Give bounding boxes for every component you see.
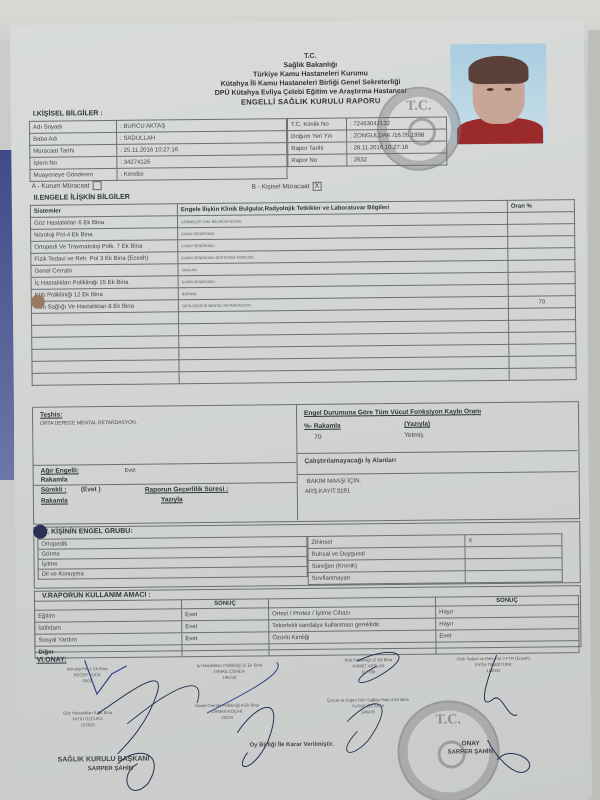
table-row: Rapor No: 2632 (288, 153, 447, 167)
punch-hole-bottom (33, 525, 47, 539)
rate-cell (508, 260, 575, 273)
group-unclassified: Sınıflanmayan (308, 571, 465, 585)
rate-cell (508, 224, 575, 237)
label-name: Adı Soyadı (29, 120, 116, 133)
value-birth: : ZONGULDAK /16.05.1998 (347, 129, 447, 142)
application-a-checkbox[interactable] (92, 181, 101, 190)
application-a-label: A - Kurum Müracaat (32, 182, 90, 190)
written-value: Yetmiş (404, 432, 423, 439)
patient-photo (450, 43, 547, 144)
personal-section-title: I.KİŞİSEL BİLGİLER : (33, 110, 103, 118)
table-row: Dil ve Konuşma (38, 566, 307, 579)
severe-disabled-label: Ağır Engelli: (41, 467, 79, 474)
table-row: Sınıflanmayan (308, 570, 562, 585)
group-emotional-mark (465, 546, 562, 559)
label-transaction-no: İşlem No (30, 156, 117, 169)
rate-cell (509, 320, 576, 333)
label-report-no: Rapor No (288, 154, 347, 167)
system-cell (32, 372, 179, 386)
group-mental-mark: X (465, 534, 562, 547)
validity-written-label: Yazıyla (161, 496, 183, 503)
rate-cell (507, 212, 574, 225)
value-tc-id: : 72463042132 (346, 117, 446, 130)
validity-label: Raporun Geçerlilik Süresi : (145, 486, 229, 494)
personal-info-right-table: T.C. Kimlik No: 72463042132 Doğum Yeri Y… (287, 116, 448, 167)
value-report-no: : 2632 (347, 153, 447, 166)
usage-social-aid-result: Evet (182, 632, 269, 645)
label-father: Baba Adı (30, 132, 117, 145)
rate-cell (509, 332, 576, 345)
report-paper: T.C. Sağlık Bakanlığı Türkiye Kamu Hasta… (10, 19, 592, 800)
notes-line2: ARŞ.KAYIT:3191 (305, 488, 350, 494)
rate-cell: 70 (508, 296, 575, 309)
rate-cell (508, 236, 575, 249)
permanent-label: Sürekli : (41, 486, 67, 493)
value-report-date: : 28.11.2016 10:27:16 (347, 141, 447, 154)
application-b-label: B - Kişisel Müracaat (252, 183, 310, 191)
usage-section-title: V.RAPORUN KULLANIM AMACI : (42, 592, 151, 600)
signature-scribbles (57, 649, 579, 800)
photo-eye-right (505, 88, 512, 91)
label-report-date: Rapor Tarihi (288, 142, 347, 155)
usage-employment-result: Evet (182, 620, 269, 633)
disability-group-left-table: Ortopedik Görme İşitme Dil ve Konuşma (37, 536, 307, 580)
diagnosis-label: Teşhis: (40, 411, 62, 418)
table-row: Muayeneye Gönderen: Kendisi (30, 167, 287, 182)
rate-cell (509, 344, 576, 357)
rate-cell (508, 272, 575, 285)
written-label: (Yazıyla) (404, 421, 430, 428)
rate-cell (509, 356, 576, 369)
group-speech: Dil ve Konuşma (38, 566, 307, 579)
value-referred-by: : Kendisi (117, 167, 287, 181)
group-chronic-mark (465, 558, 562, 571)
validity-numeric-label: Rakamla (41, 497, 68, 504)
percent-value: 70 (314, 434, 321, 441)
personal-info-left-table: Adı Soyadı: BURCU AKTAŞ Baba Adı: SADULL… (29, 118, 288, 182)
rate-cell (509, 368, 576, 381)
rate-cell (508, 308, 575, 321)
application-type-b: B - Kişisel MüracaatX (252, 182, 322, 192)
application-type-a: A - Kurum Müracaat (32, 181, 102, 191)
disability-group-title: IV. KİŞİNİN ENGEL GRUBU: (41, 528, 132, 536)
unworkable-areas-label: Çalıştırılamayacağı İş Alanları (304, 457, 396, 465)
rate-cell (508, 284, 575, 297)
group-unclassified-mark (465, 570, 562, 583)
diagnosis-value: ORTA DERECE MENTAL RETARDASYON. (40, 420, 137, 427)
usage-education-result: Evet (182, 608, 269, 621)
photo-eye-left (487, 88, 494, 91)
photo-hair (468, 56, 528, 85)
percent-label: %- Rakamla (304, 423, 341, 430)
severe-numeric-label: Rakamla (41, 476, 68, 483)
rate-cell (508, 248, 575, 261)
label-birth: Doğum Yeri Yılı (288, 130, 347, 143)
disability-info-table: Sistemler Engele İlişkin Klinik Bulgular… (30, 199, 577, 386)
disability-section-title: II.ENGELE İLİŞKİN BİLGİLER (34, 194, 130, 202)
label-tc-id: T.C. Kimlik No (287, 118, 346, 131)
label-application-date: Müracaat Tarihi (30, 144, 117, 157)
notes-line1: BAKIM MAAŞI İÇİN. (307, 478, 361, 485)
col-rate: Oran % (507, 200, 574, 213)
application-b-checkbox[interactable]: X (312, 182, 321, 191)
permanent-value: (Evet ) (81, 486, 101, 493)
label-referred-by: Muayeneye Gönderen (30, 168, 117, 181)
finding-cell (179, 368, 509, 383)
disability-group-right-table: ZihinselX Ruhsal ve Duygusal Süreğen (Kr… (307, 533, 562, 585)
stamp-text: T.C. (379, 98, 459, 115)
severe-disabled-value: Evet (125, 468, 136, 474)
punch-hole-top (31, 295, 45, 309)
